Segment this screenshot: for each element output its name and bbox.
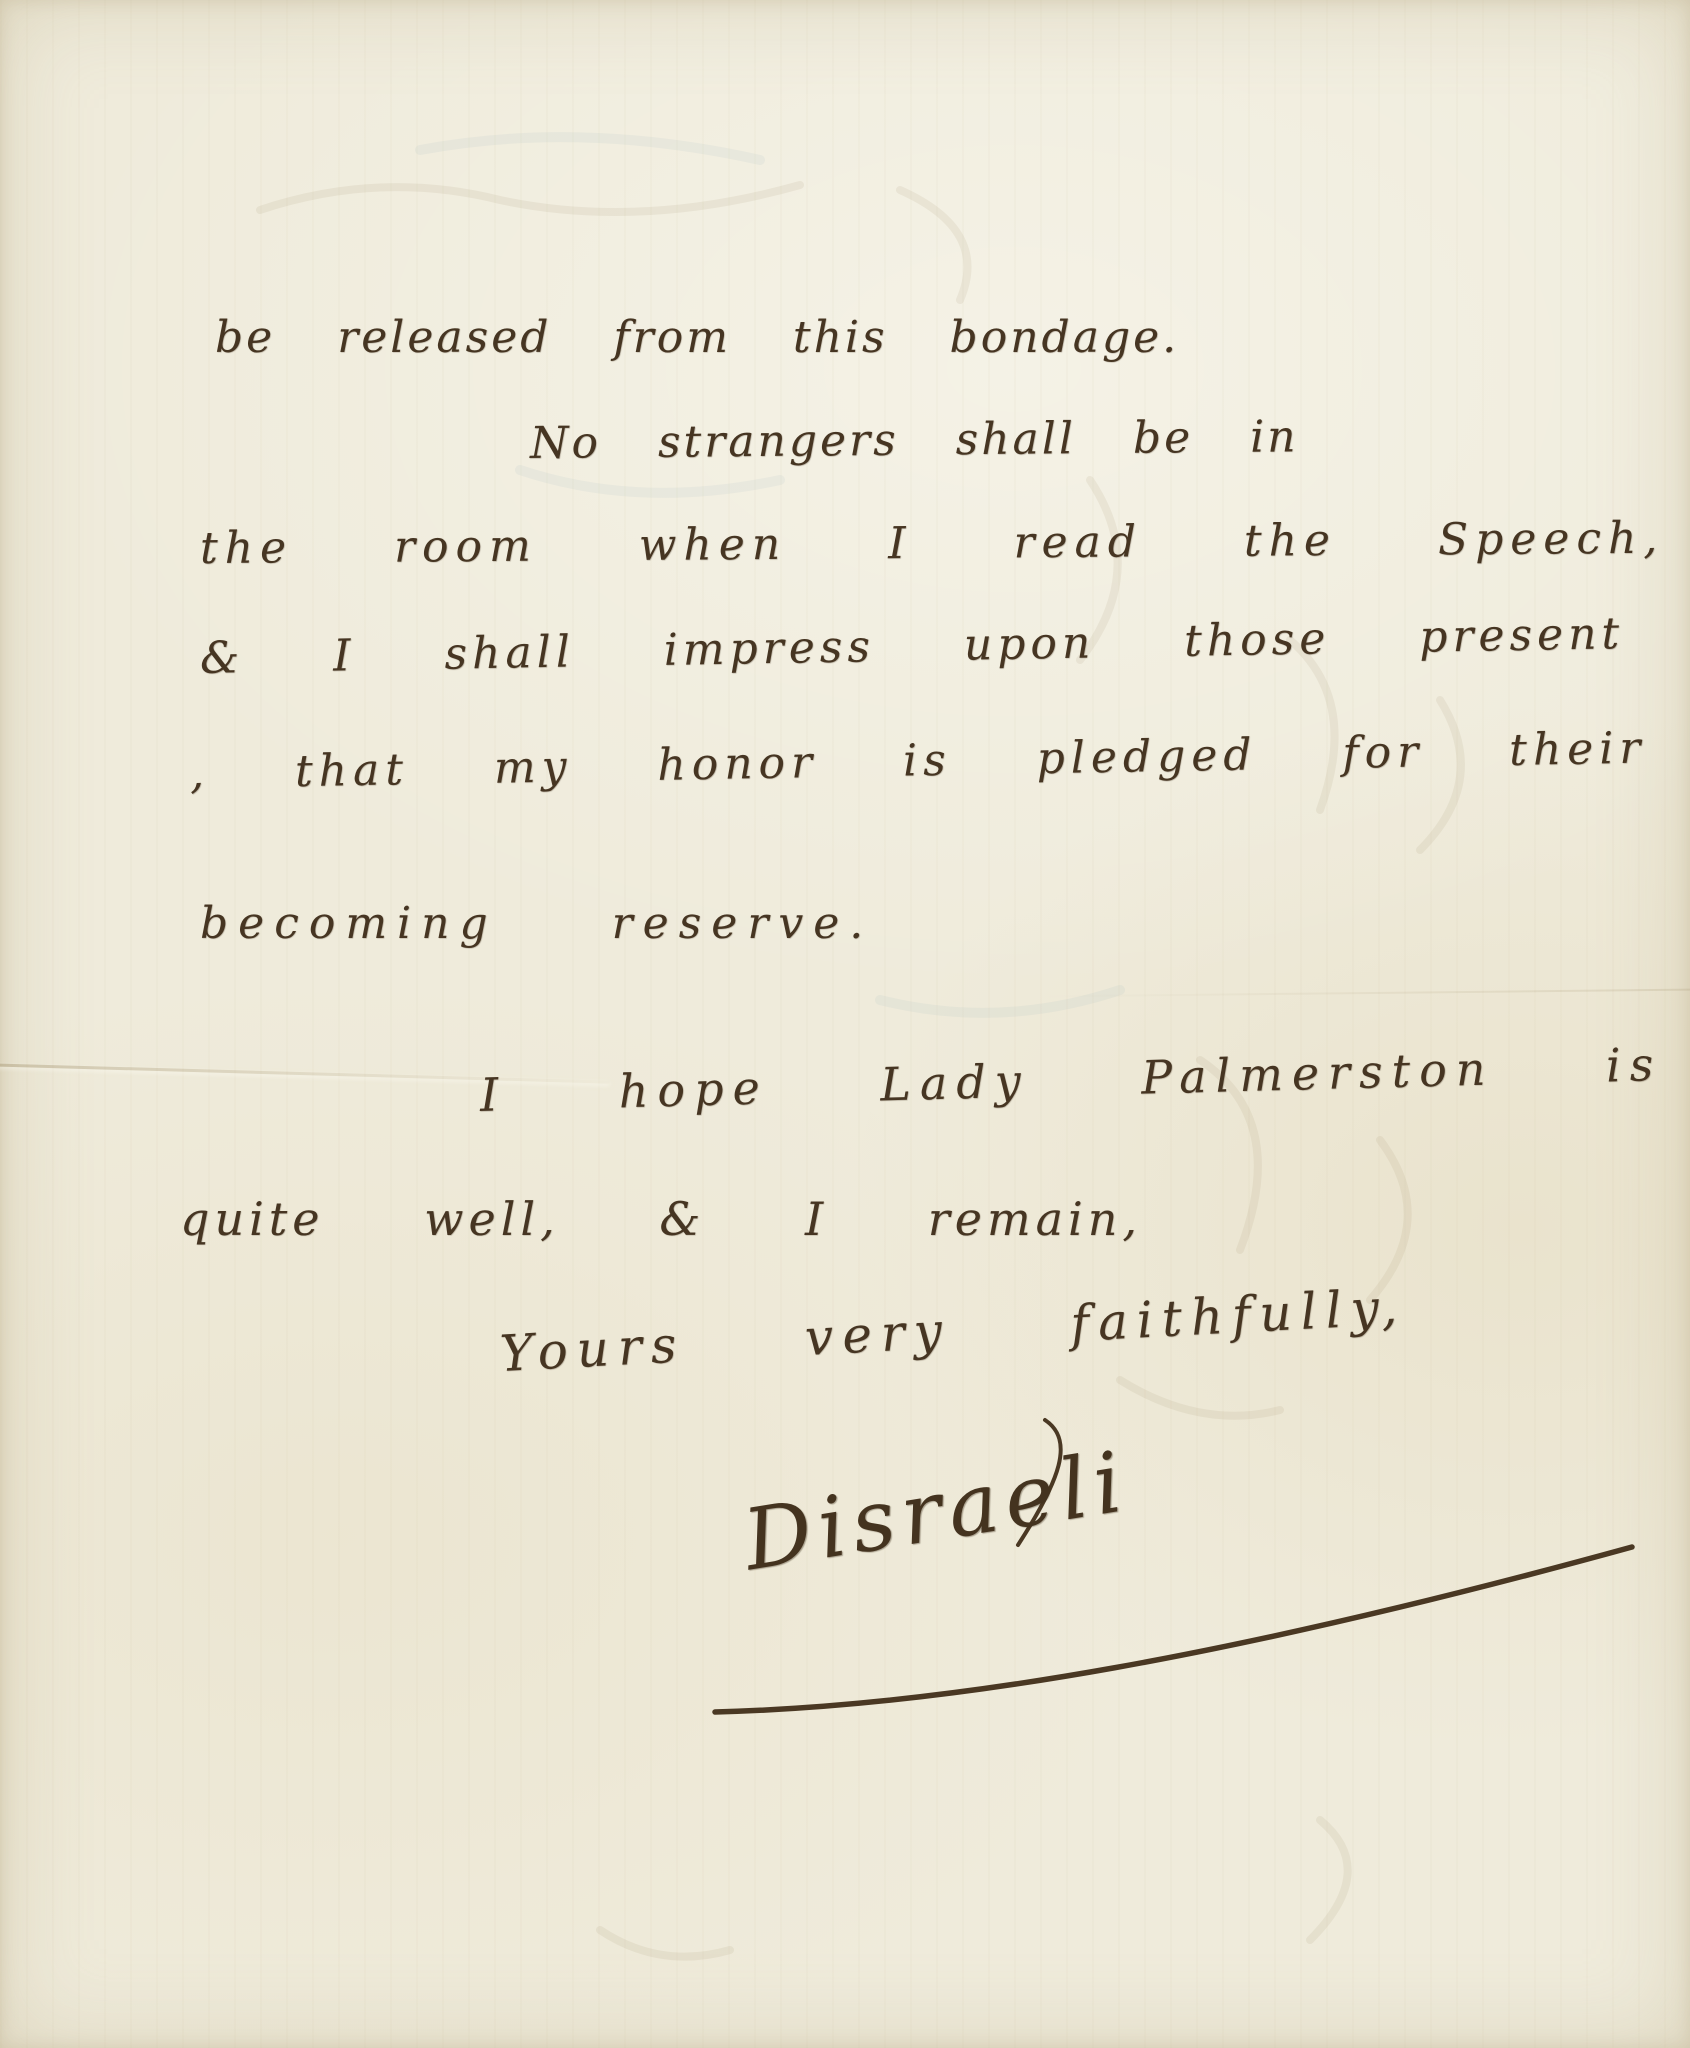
letter-line-1: be released from this bondage. (215, 312, 1179, 363)
letter-line-8: quite well, & I remain, (180, 1192, 1142, 1246)
showthrough-stroke (1120, 1380, 1280, 1416)
showthrough-stroke-blue (520, 470, 780, 493)
letter-line-3: the room when I read the Speech, (200, 513, 1665, 574)
showthrough-stroke (1370, 1140, 1408, 1300)
showthrough-stroke (1310, 1820, 1348, 1940)
letter-page: be released from this bondage. No strang… (0, 0, 1690, 2048)
blue-showthrough (420, 137, 1120, 1013)
showthrough-stroke (260, 185, 800, 212)
letter-line-2: No strangers shall be in (530, 411, 1299, 469)
ink-overlay (0, 0, 1690, 2048)
letter-line-6: becoming reserve. (200, 898, 873, 949)
showthrough-stroke (1290, 640, 1335, 810)
showthrough-stroke-blue (880, 990, 1120, 1013)
showthrough-stroke-blue (420, 137, 760, 160)
showthrough-stroke (600, 1930, 730, 1957)
showthrough-stroke (900, 190, 968, 300)
